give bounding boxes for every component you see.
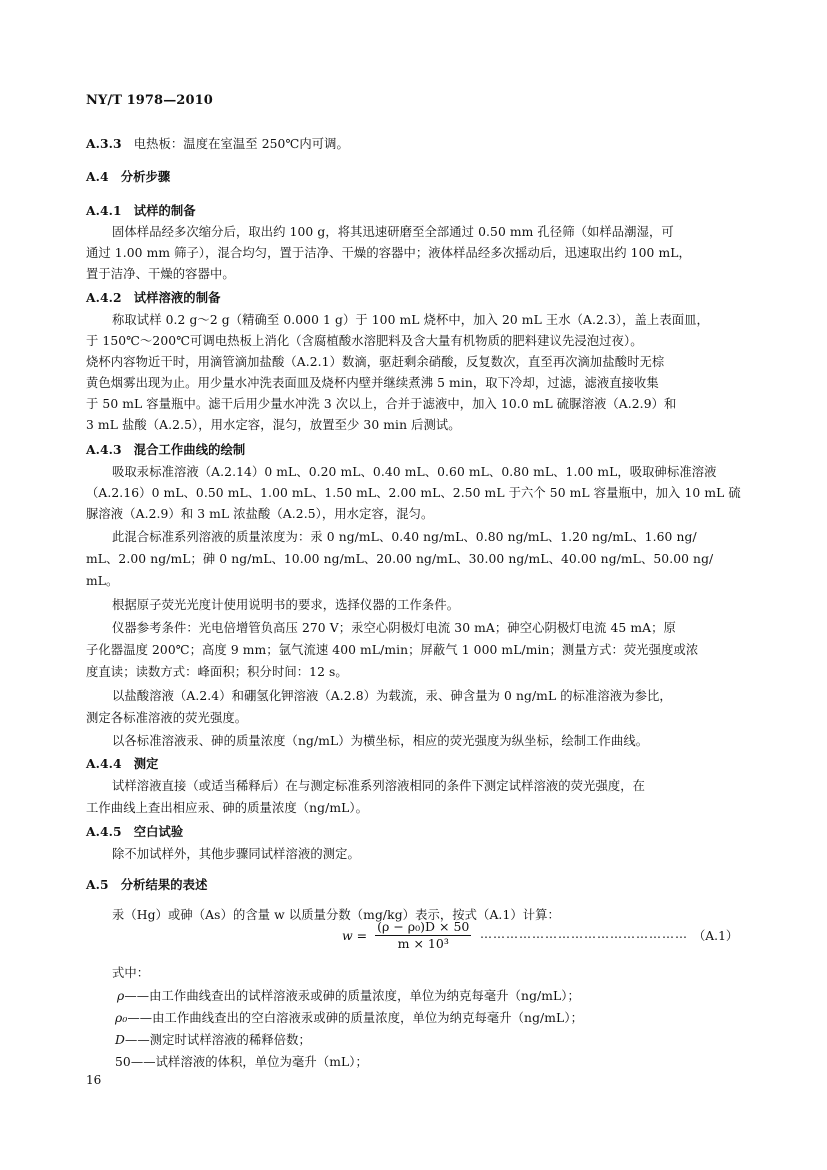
heading-a5: A.5分析结果的表述 (86, 878, 736, 892)
equation-number: （A.1） (693, 926, 738, 944)
paragraph-line: 以盐酸溶液（A.2.4）和硼氢化钾溶液（A.2.8）为载流，汞、砷含量为 0 n… (112, 689, 762, 703)
formula-lhs: w = (342, 928, 367, 943)
paragraph-line: 工作曲线上查出相应汞、砷的质量浓度（ng/mL）。 (86, 801, 736, 815)
paragraph-line: 试样溶液直接（或适当稀释后）在与测定标准系列溶液相同的条件下测定试样溶液的荧光强… (112, 779, 762, 793)
heading-a42: A.4.2试样溶液的制备 (86, 291, 736, 305)
formula-numerator: (ρ − ρ₀)D × 50 (375, 920, 471, 936)
paragraph-line: mL、2.00 ng/mL；砷 0 ng/mL、10.00 ng/mL、20.0… (86, 552, 736, 566)
variable-description: ——由工作曲线查出的试样溶液汞或砷的质量浓度，单位为纳克每毫升（ng/mL）； (124, 989, 580, 1003)
formula-a1: w = (ρ − ρ₀)D × 50 m × 10³ (342, 920, 471, 951)
paragraph-line: 此混合标准系列溶液的质量浓度为：汞 0 ng/mL、0.40 ng/mL、0.8… (112, 530, 762, 544)
clause-text: 电热板：温度在室温至 250℃内可调。 (134, 137, 349, 151)
variable-definition: D——测定时试样溶液的稀释倍数； (115, 1033, 765, 1047)
paragraph-line: 吸取汞标准溶液（A.2.14）0 mL、0.20 mL、0.40 mL、0.60… (112, 465, 762, 479)
leader-dots: …………………………………………………… (480, 927, 687, 941)
where-label: 式中： (112, 966, 762, 980)
document-page: NY/T 1978—2010 A.3.3电热板：温度在室温至 250℃内可调。 … (0, 0, 827, 1170)
clause-number: A.3.3 (86, 136, 122, 151)
variable-description: ——由工作曲线查出的空白溶液汞或砷的质量浓度，单位为纳克每毫升（ng/mL）； (127, 1011, 583, 1025)
heading-title: 分析结果的表述 (121, 877, 208, 892)
paragraph-line: 置于洁净、干燥的容器中。 (86, 267, 736, 281)
clause-a33: A.3.3电热板：温度在室温至 250℃内可调。 (86, 137, 736, 151)
variable-symbol: ρ₀ (115, 1011, 127, 1025)
variable-symbol: 50 (115, 1055, 131, 1069)
paragraph-line: 除不加试样外，其他步骤同试样溶液的测定。 (112, 847, 762, 861)
page-number: 16 (86, 1073, 101, 1087)
variable-symbol: D (115, 1033, 125, 1047)
paragraph-line: 通过 1.00 mm 筛子），混合均匀，置于洁净、干燥的容器中；液体样品经多次摇… (86, 246, 736, 260)
variable-definition: ρ₀——由工作曲线查出的空白溶液汞或砷的质量浓度，单位为纳克每毫升（ng/mL）… (115, 1011, 765, 1025)
variable-description: ——测定时试样溶液的稀释倍数； (125, 1033, 311, 1047)
paragraph-line: 以各标准溶液汞、砷的质量浓度（ng/mL）为横坐标，相应的荧光强度为纵坐标，绘制… (112, 734, 762, 748)
heading-title: 测定 (134, 756, 159, 771)
heading-number: A.4 (86, 169, 109, 184)
standard-number: NY/T 1978—2010 (86, 94, 736, 108)
paragraph-line: 黄色烟雾出现为止。用少量水冲洗表面皿及烧杯内壁并继续煮沸 5 min，取下冷却，… (86, 376, 736, 390)
heading-title: 试样的制备 (134, 203, 196, 218)
variable-definition: ρ——由工作曲线查出的试样溶液汞或砷的质量浓度，单位为纳克每毫升（ng/mL）； (117, 989, 767, 1003)
formula-denominator: m × 10³ (375, 936, 471, 951)
heading-title: 空白试验 (134, 824, 184, 839)
paragraph-line: 脲溶液（A.2.9）和 3 mL 浓盐酸（A.2.5），用水定容，混匀。 (86, 507, 736, 521)
heading-a4: A.4分析步骤 (86, 170, 736, 184)
heading-a44: A.4.4测定 (86, 757, 736, 771)
paragraph-line: 度直读；读数方式：峰面积；积分时间：12 s。 (86, 665, 736, 679)
heading-title: 试样溶液的制备 (134, 290, 221, 305)
variable-definition: 50——试样溶液的体积，单位为毫升（mL）； (115, 1055, 765, 1069)
heading-a41: A.4.1试样的制备 (86, 204, 736, 218)
heading-a43: A.4.3混合工作曲线的绘制 (86, 443, 736, 457)
paragraph-line: 称取试样 0.2 g～2 g（精确至 0.000 1 g）于 100 mL 烧杯… (112, 313, 762, 327)
paragraph-line: 烧杯内容物近干时，用滴管滴加盐酸（A.2.1）数滴，驱赶剩余硝酸，反复数次，直至… (86, 355, 736, 369)
paragraph-line: 于 50 mL 容量瓶中。滤干后用少量水冲洗 3 次以上，合并于滤液中，加入 1… (86, 397, 736, 411)
heading-number: A.4.2 (86, 290, 122, 305)
heading-number: A.4.3 (86, 442, 122, 457)
paragraph-line: 固体样品经多次缩分后，取出约 100 g，将其迅速研磨至全部通过 0.50 mm… (112, 225, 762, 239)
heading-title: 混合工作曲线的绘制 (134, 442, 246, 457)
heading-a45: A.4.5空白试验 (86, 825, 736, 839)
heading-title: 分析步骤 (121, 169, 171, 184)
formula-fraction: (ρ − ρ₀)D × 50 m × 10³ (375, 920, 471, 951)
paragraph-line: 根据原子荧光光度计使用说明书的要求，选择仪器的工作条件。 (112, 598, 762, 612)
paragraph-line: 3 mL 盐酸（A.2.5），用水定容，混匀，放置至少 30 min 后测试。 (86, 418, 736, 432)
heading-number: A.4.5 (86, 824, 122, 839)
paragraph-line: 测定各标准溶液的荧光强度。 (86, 711, 736, 725)
paragraph-line: 于 150℃～200℃可调电热板上消化（含腐植酸水溶肥料及含大量有机物质的肥料建… (86, 334, 736, 348)
paragraph-line: 子化器温度 200℃；高度 9 mm；氩气流速 400 mL/min；屏蔽气 1… (86, 643, 736, 657)
variable-description: ——试样溶液的体积，单位为毫升（mL）； (131, 1055, 368, 1069)
paragraph-line: （A.2.16）0 mL、0.50 mL、1.00 mL、1.50 mL、2.0… (86, 486, 736, 500)
heading-number: A.5 (86, 877, 109, 892)
heading-number: A.4.4 (86, 756, 122, 771)
paragraph-line: 仪器参考条件：光电倍增管负高压 270 V；汞空心阴极灯电流 30 mA；砷空心… (112, 621, 762, 635)
heading-number: A.4.1 (86, 203, 122, 218)
paragraph-line: mL。 (86, 574, 736, 588)
